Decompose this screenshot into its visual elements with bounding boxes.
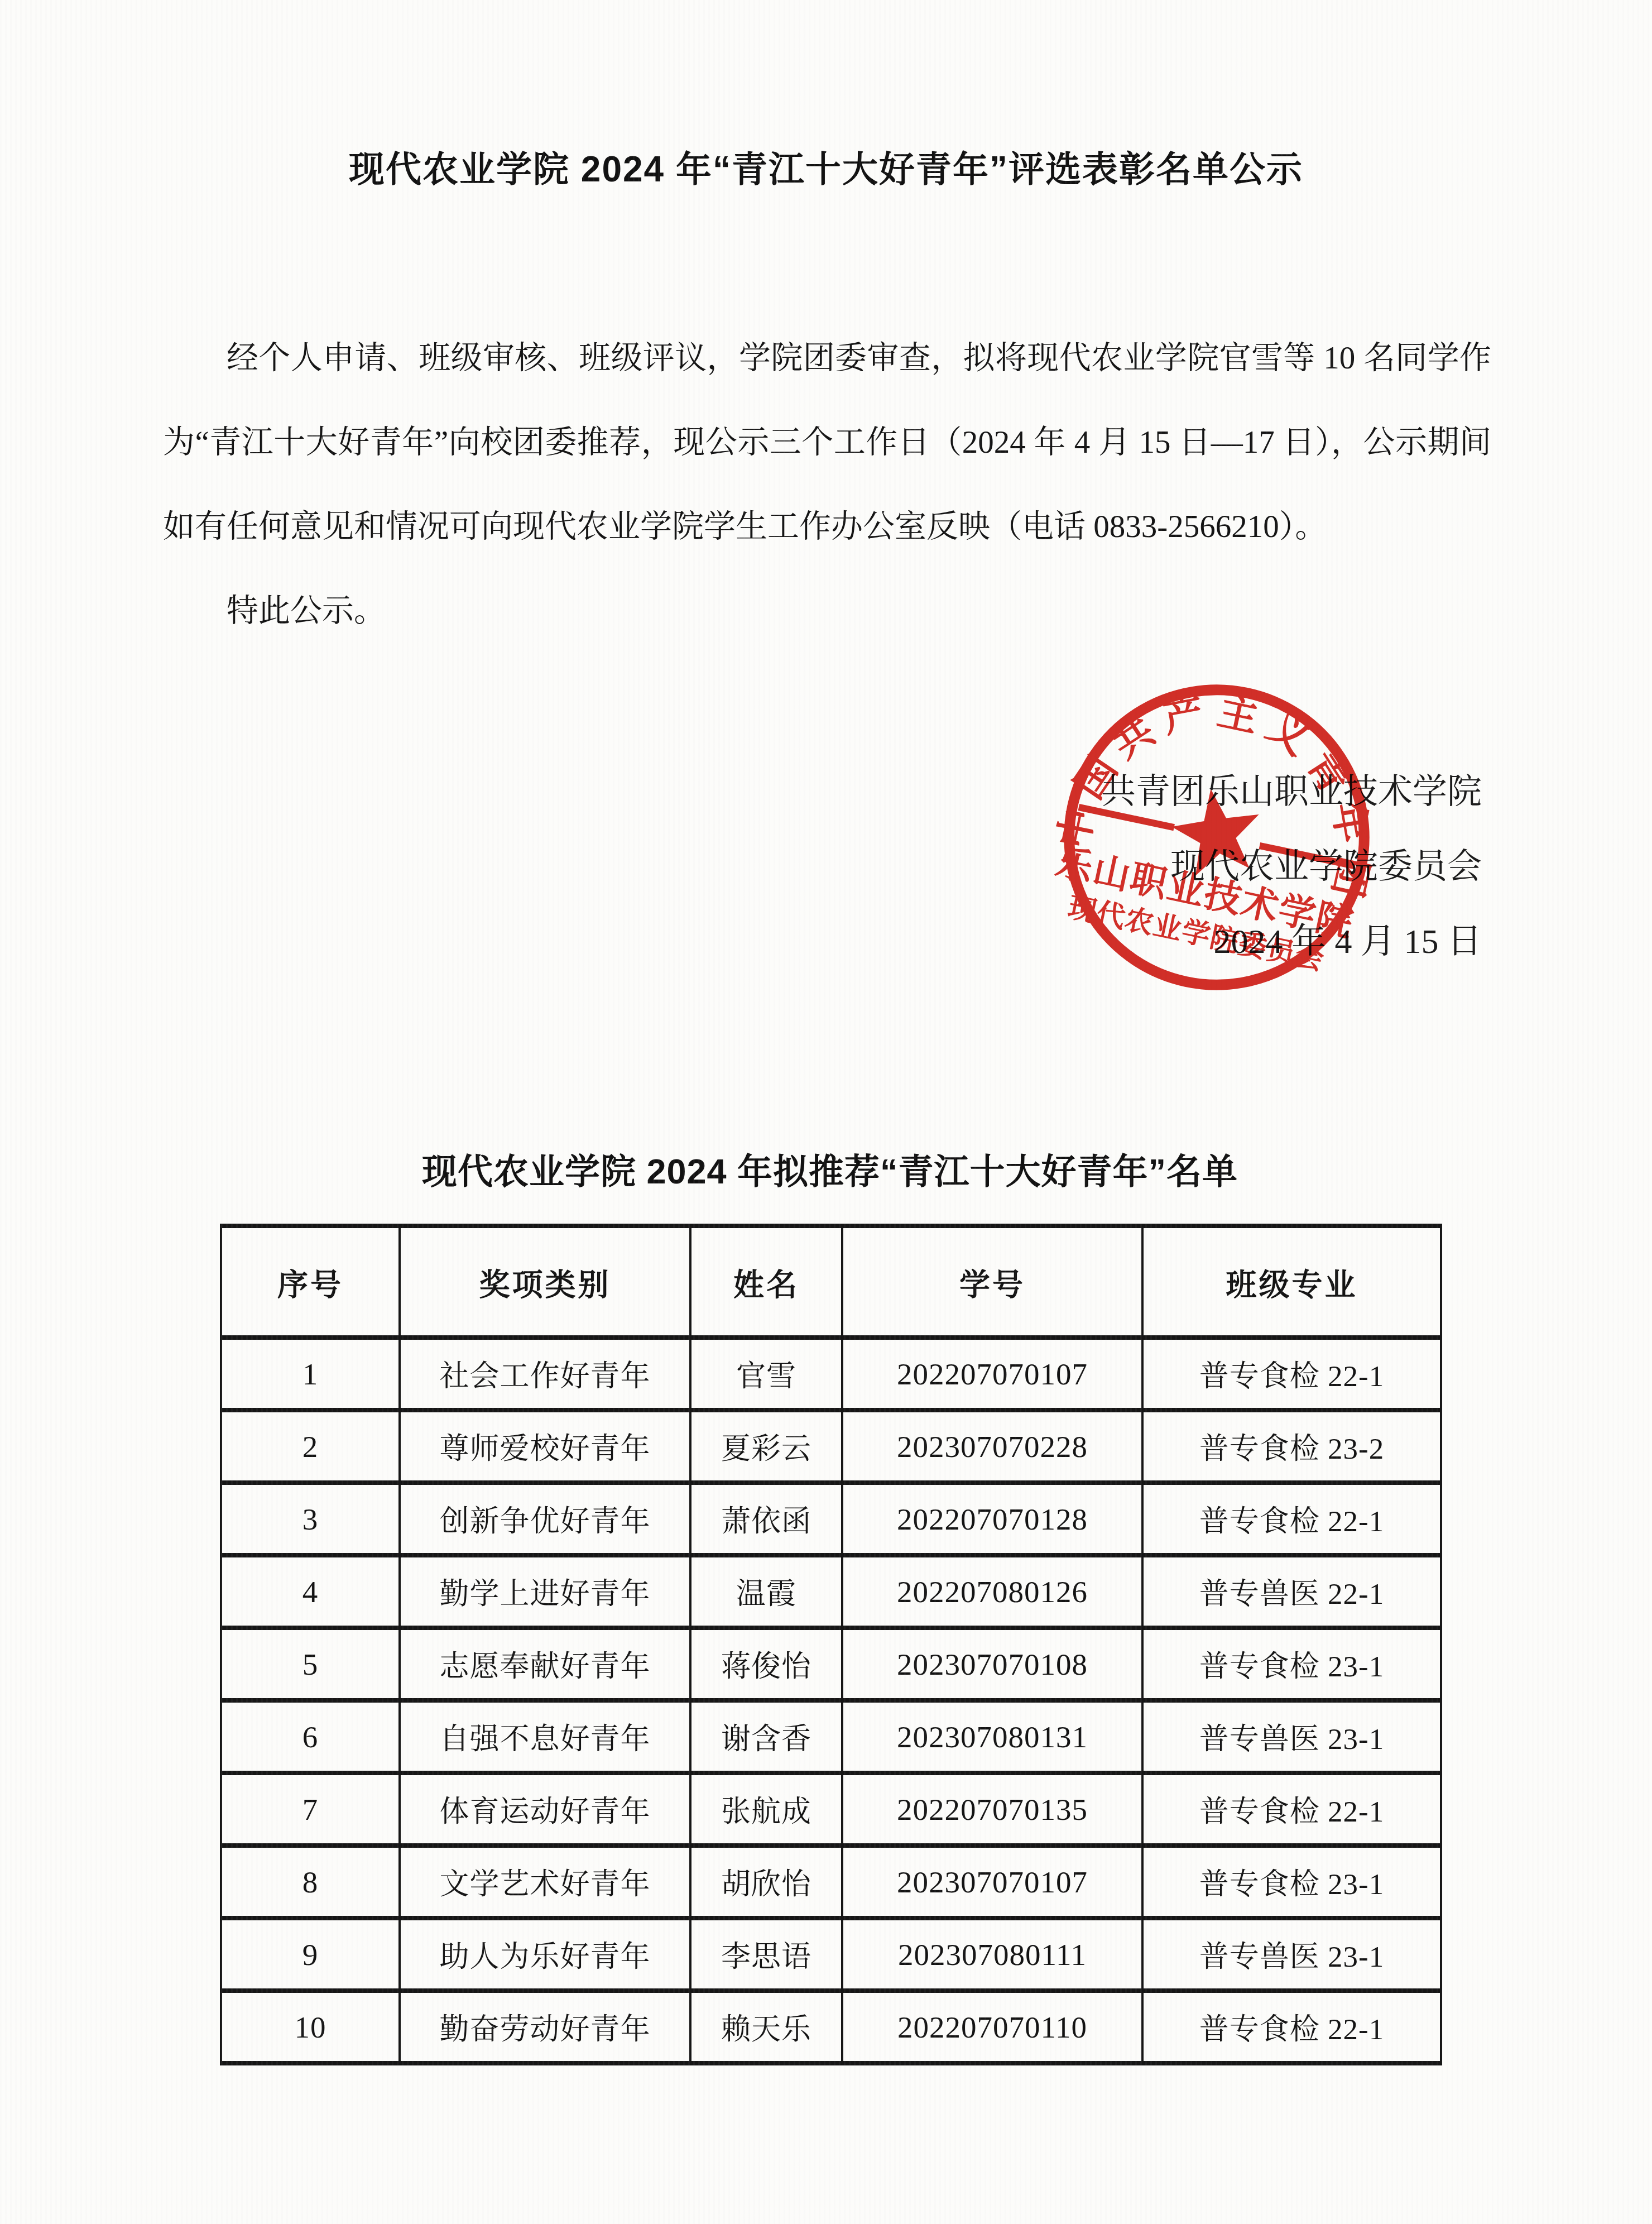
class-major-cell: 普专食检 22-1	[1142, 1991, 1441, 2063]
serial-cell: 4	[221, 1555, 400, 1628]
class-major-cell: 普专兽医 22-1	[1142, 1555, 1441, 1628]
student-id-cell: 202207070128	[842, 1483, 1142, 1555]
name-cell: 温霞	[690, 1555, 842, 1628]
student-id-cell: 202307070108	[842, 1628, 1142, 1700]
table-row: 9 助人为乐好青年 李思语 202307080111 普专兽医 23-1	[221, 1918, 1441, 1991]
class-major-cell: 普专兽医 23-1	[1142, 1918, 1441, 1991]
name-cell: 李思语	[690, 1918, 842, 1991]
body-text: 经个人申请、班级审核、班级评议，学院团委审查，拟将现代农业学院官雪等 10 名同…	[163, 316, 1491, 653]
award-cell: 志愿奉献好青年	[400, 1628, 690, 1700]
award-cell: 文学艺术好青年	[400, 1846, 690, 1918]
award-cell: 助人为乐好青年	[400, 1918, 690, 1991]
serial-cell: 8	[221, 1846, 400, 1918]
serial-cell: 10	[221, 1991, 400, 2063]
student-id-cell: 202307070228	[842, 1410, 1142, 1483]
award-cell: 社会工作好青年	[400, 1338, 690, 1410]
student-id-cell: 202307080111	[842, 1918, 1142, 1991]
name-cell: 夏彩云	[690, 1410, 842, 1483]
class-major-cell: 普专食检 23-1	[1142, 1846, 1441, 1918]
serial-cell: 5	[221, 1628, 400, 1700]
serial-cell: 6	[221, 1700, 400, 1773]
table-row: 3 创新争优好青年 萧依函 202207070128 普专食检 22-1	[221, 1483, 1441, 1555]
name-cell: 张航成	[690, 1773, 842, 1846]
name-cell: 谢含香	[690, 1700, 842, 1773]
name-cell: 萧依函	[690, 1483, 842, 1555]
serial-cell: 7	[221, 1773, 400, 1846]
document-page: 现代农业学院 2024 年“青江十大好青年”评选表彰名单公示 经个人申请、班级审…	[0, 0, 1652, 2224]
body-paragraph-2: 特此公示。	[163, 569, 1491, 653]
serial-cell: 3	[221, 1483, 400, 1555]
award-cell: 勤奋劳动好青年	[400, 1991, 690, 2063]
table-row: 1 社会工作好青年 官雪 202207070107 普专食检 22-1	[221, 1338, 1441, 1410]
recommendation-table: 序号 奖项类别 姓名 学号 班级专业 1 社会工作好青年 官雪 20220707…	[220, 1224, 1442, 2065]
official-seal-stamp: 中国共产主义青年团 乐山职业技术学院 现代农业学院委员会	[1048, 669, 1385, 1006]
table-row: 7 体育运动好青年 张航成 202207070135 普专食检 22-1	[221, 1773, 1441, 1846]
table-row: 8 文学艺术好青年 胡欣怡 202307070107 普专食检 23-1	[221, 1846, 1441, 1918]
student-id-cell: 202207070135	[842, 1773, 1142, 1846]
document-title: 现代农业学院 2024 年“青江十大好青年”评选表彰名单公示	[0, 141, 1652, 192]
award-cell: 体育运动好青年	[400, 1773, 690, 1846]
class-major-cell: 普专食检 22-1	[1142, 1483, 1441, 1555]
table-row: 2 尊师爱校好青年 夏彩云 202307070228 普专食检 23-2	[221, 1410, 1441, 1483]
name-cell: 赖天乐	[690, 1991, 842, 2063]
name-cell: 蒋俊怡	[690, 1628, 842, 1700]
class-major-cell: 普专兽医 23-1	[1142, 1700, 1441, 1773]
award-cell: 自强不息好青年	[400, 1700, 690, 1773]
header-class-major: 班级专业	[1142, 1226, 1441, 1338]
table-title: 现代农业学院 2024 年拟推荐“青江十大好青年”名单	[220, 1143, 1440, 1194]
student-id-cell: 202207080126	[842, 1555, 1142, 1628]
class-major-cell: 普专食检 23-2	[1142, 1410, 1441, 1483]
star-icon	[1167, 783, 1266, 878]
award-cell: 勤学上进好青年	[400, 1555, 690, 1628]
student-id-cell: 202207070110	[842, 1991, 1142, 2063]
name-cell: 胡欣怡	[690, 1846, 842, 1918]
table-row: 6 自强不息好青年 谢含香 202307080131 普专兽医 23-1	[221, 1700, 1441, 1773]
class-major-cell: 普专食检 23-1	[1142, 1628, 1441, 1700]
table-row: 10 勤奋劳动好青年 赖天乐 202207070110 普专食检 22-1	[221, 1991, 1441, 2063]
header-student-id: 学号	[842, 1226, 1142, 1338]
header-serial: 序号	[221, 1226, 400, 1338]
award-cell: 尊师爱校好青年	[400, 1410, 690, 1483]
table-header-row: 序号 奖项类别 姓名 学号 班级专业	[221, 1226, 1441, 1338]
student-id-cell: 202307070107	[842, 1846, 1142, 1918]
header-award: 奖项类别	[400, 1226, 690, 1338]
serial-cell: 1	[221, 1338, 400, 1410]
table-row: 4 勤学上进好青年 温霞 202207080126 普专兽医 22-1	[221, 1555, 1441, 1628]
table-row: 5 志愿奉献好青年 蒋俊怡 202307070108 普专食检 23-1	[221, 1628, 1441, 1700]
body-paragraph-1: 经个人申请、班级审核、班级评议，学院团委审查，拟将现代农业学院官雪等 10 名同…	[163, 316, 1491, 569]
header-name: 姓名	[690, 1226, 842, 1338]
serial-cell: 9	[221, 1918, 400, 1991]
class-major-cell: 普专食检 22-1	[1142, 1338, 1441, 1410]
serial-cell: 2	[221, 1410, 400, 1483]
award-cell: 创新争优好青年	[400, 1483, 690, 1555]
class-major-cell: 普专食检 22-1	[1142, 1773, 1441, 1846]
name-cell: 官雪	[690, 1338, 842, 1410]
student-id-cell: 202307080131	[842, 1700, 1142, 1773]
student-id-cell: 202207070107	[842, 1338, 1142, 1410]
